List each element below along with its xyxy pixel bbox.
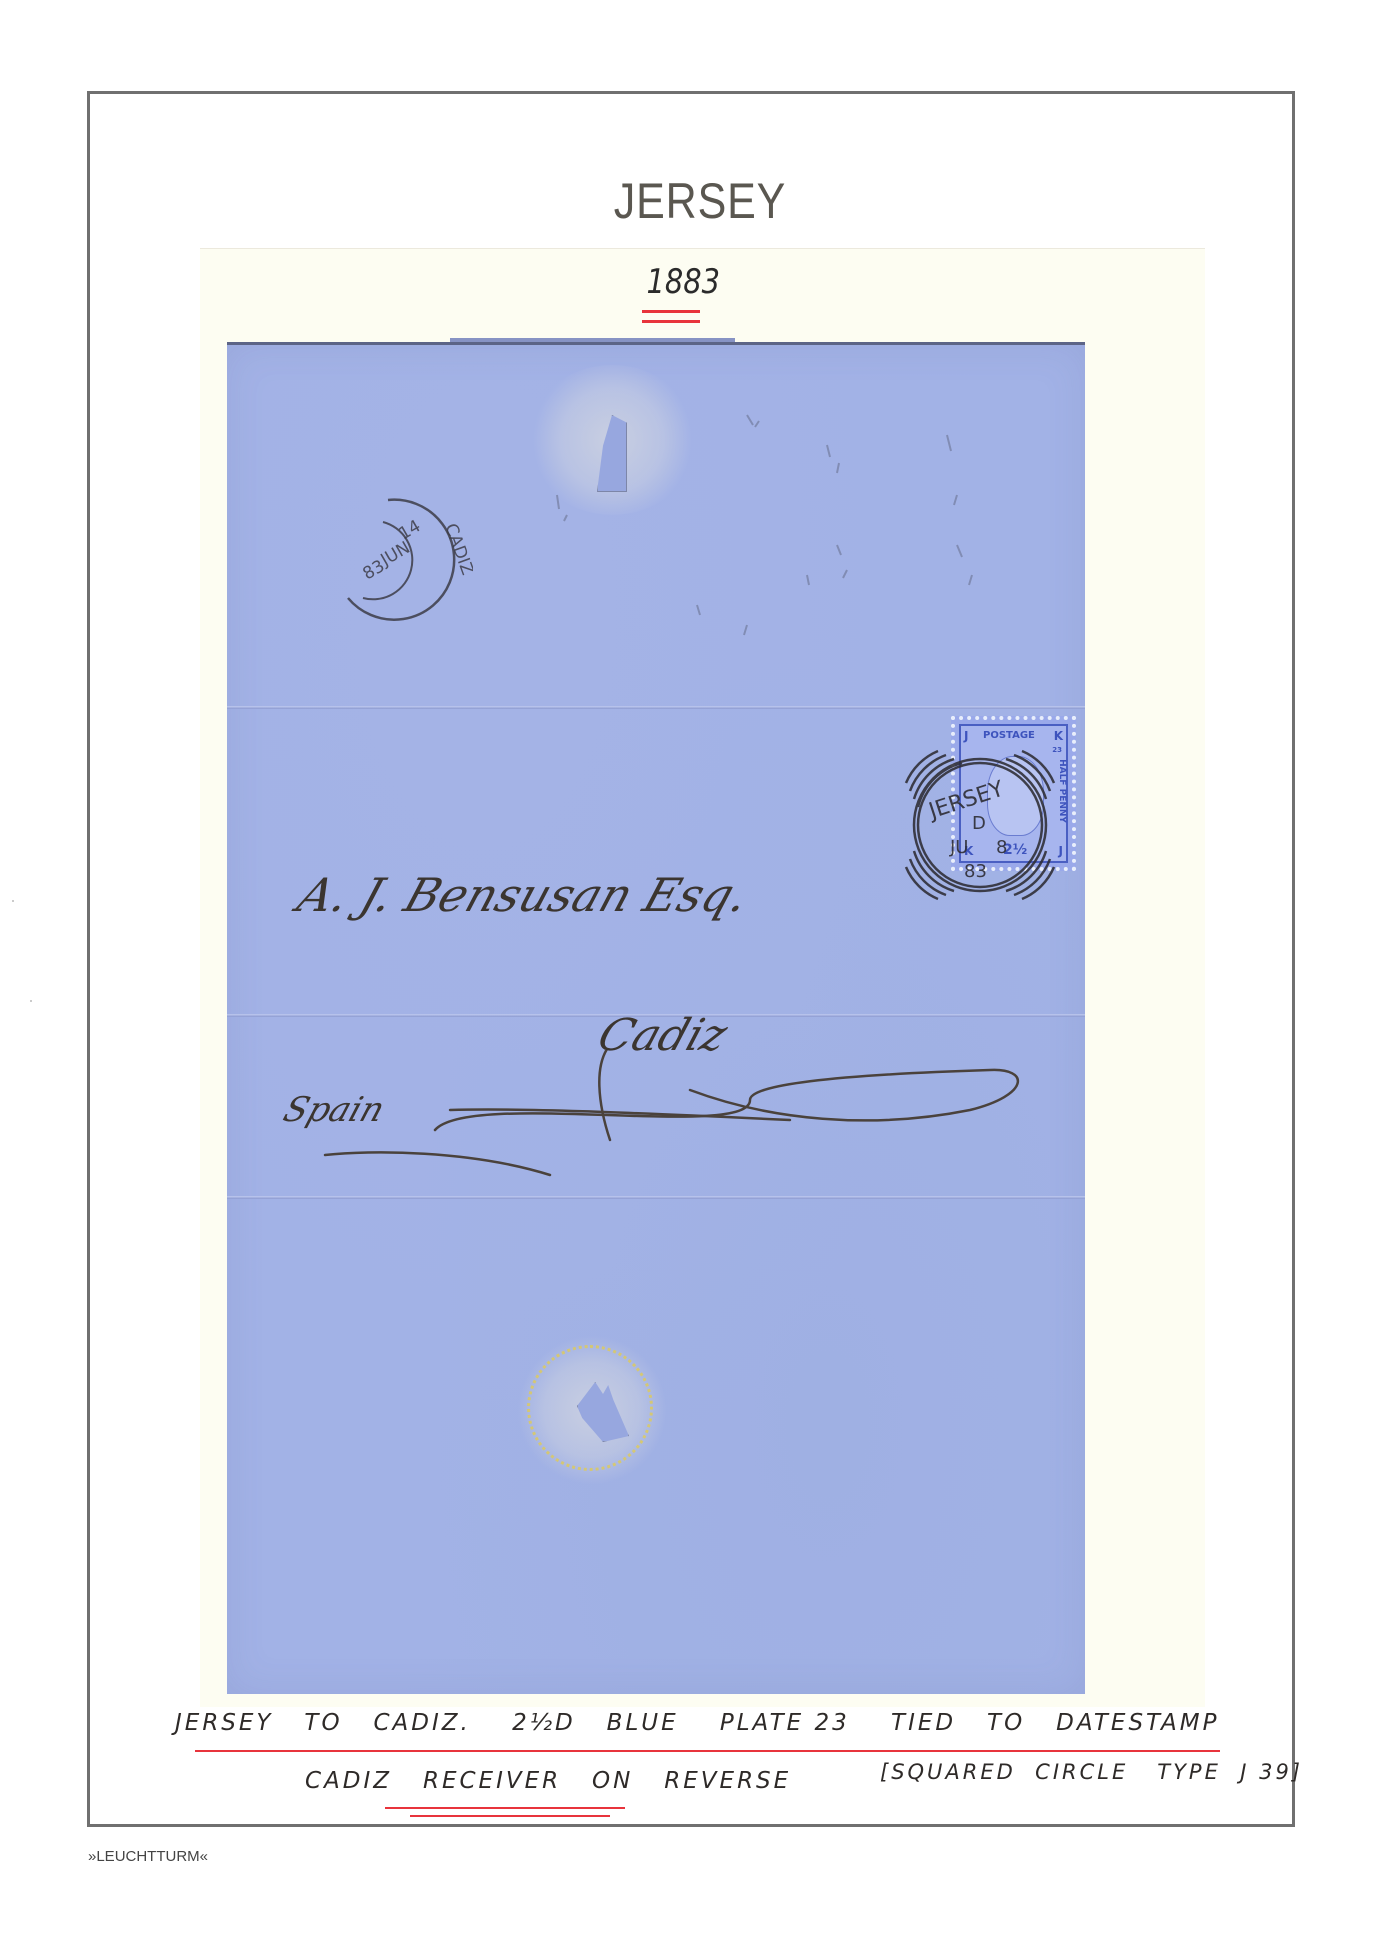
datestamp-year: 83 — [964, 861, 987, 882]
year-underline-2 — [642, 320, 700, 323]
jersey-squared-circle-datestamp: JERSEY D JU 8 83 — [900, 745, 1060, 905]
datestamp-town: JERSEY — [924, 777, 1007, 825]
album-brand: »LEUCHTTURM« — [88, 1848, 208, 1865]
scan-speck — [30, 1000, 32, 1002]
datestamp-day: 8 — [996, 837, 1007, 858]
stamp-postage-label: POSTAGE — [983, 730, 1035, 741]
postmark-town: CADIZ — [440, 521, 473, 578]
caption-line-3: [SQUARED CIRCLE TYPE J 39] — [880, 1760, 1303, 1784]
year-annotation: 1883 — [646, 262, 720, 302]
caption-underline-1 — [195, 1750, 1220, 1752]
year-underline-1 — [642, 310, 700, 313]
caption-line-2: CADIZ RECEIVER ON REVERSE — [305, 1768, 791, 1794]
address-flourish — [270, 1050, 1030, 1200]
scan-speck — [12, 900, 14, 902]
datestamp-month: JU — [949, 837, 968, 858]
datestamp-code: D — [972, 813, 986, 834]
caption-underline-2 — [385, 1807, 625, 1809]
page-title: JERSEY — [98, 172, 1302, 230]
address-name: A. J. Bensusan Esq. — [291, 868, 756, 922]
cadiz-postmark: CADIZ 14 JUN 83 — [333, 488, 473, 628]
stamp-corner-top-left: J — [964, 729, 968, 743]
stamp-corner-top-right: K — [1054, 729, 1063, 743]
caption-underline-3 — [410, 1815, 610, 1817]
caption-line-1: JERSEY TO CADIZ. 2½D BLUE PLATE 23 TIED … — [175, 1710, 1219, 1736]
